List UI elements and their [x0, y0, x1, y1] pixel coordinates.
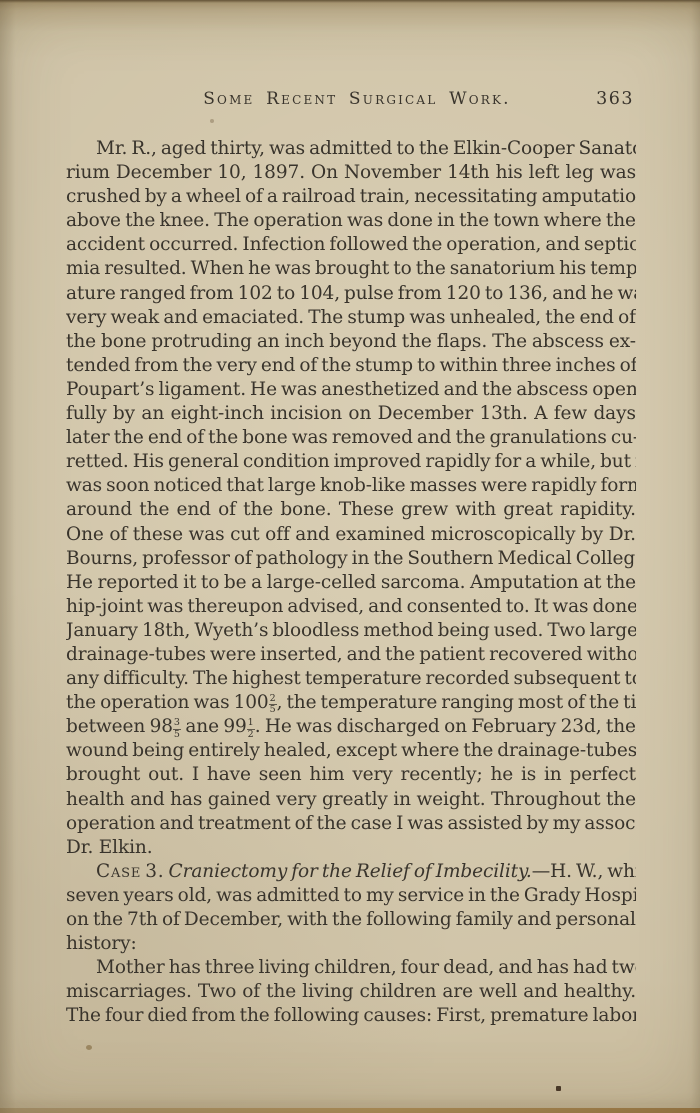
word: wheel [186, 185, 241, 209]
word: history: [66, 932, 137, 956]
text-line: riumDecember10,1897.OnNovember14thhislef… [66, 161, 636, 185]
word: January [66, 619, 138, 643]
word: the [182, 354, 212, 378]
text-line: abovetheknee.Theoperationwasdoneinthetow… [66, 209, 636, 233]
text-line: fullybyaneight-inchincisiononDecember13t… [66, 402, 636, 426]
word: followed [329, 233, 408, 257]
word: ature [66, 282, 116, 306]
word: and [545, 233, 580, 257]
word: he [490, 763, 513, 787]
word: large [268, 474, 316, 498]
text-line: Poupart’sligament.Hewasanesthetizedandth… [66, 378, 636, 402]
word: December [116, 161, 211, 185]
paragraph: Mr.R.,agedthirty,wasadmittedtotheElkin-C… [66, 137, 636, 860]
word: that [226, 474, 263, 498]
stacked-fraction: 12 [247, 718, 255, 739]
word: from [190, 282, 234, 306]
word: was [275, 257, 311, 281]
text-line: crushedbyawheelofarailroadtrain,necessit… [66, 185, 636, 209]
word: Throughout [491, 788, 600, 812]
word: was [193, 691, 229, 715]
word: The [214, 209, 249, 233]
word: Southern [407, 547, 493, 571]
word: 136, [507, 282, 548, 306]
word: wound [66, 739, 128, 763]
text-line: onthe7thofDecember,withthefollowingfamil… [66, 908, 636, 932]
word: has [537, 956, 569, 980]
word: a [171, 185, 182, 209]
word: where [401, 739, 459, 763]
word: 7th [127, 908, 158, 932]
word: of [295, 812, 313, 836]
word: the [490, 884, 520, 908]
word: the [385, 643, 415, 667]
text-line: tendedfromtheveryendofthestumptowithinth… [66, 354, 636, 378]
word: perfect [569, 763, 636, 787]
word: general [168, 450, 239, 474]
word: inches [556, 354, 616, 378]
text-line: miaresulted.Whenhewasbroughttothesanator… [66, 257, 636, 281]
word: He [265, 715, 292, 739]
word: to [277, 282, 295, 306]
paper-speck [556, 1086, 561, 1091]
paragraph: Motherhasthreelivingchildren,fourdead,an… [66, 956, 636, 1028]
word: an [141, 402, 164, 426]
word: was [66, 474, 102, 498]
word: above [66, 209, 121, 233]
word: recorded [426, 667, 510, 691]
word: Elkin-Cooper [453, 137, 575, 161]
word: December [378, 402, 473, 426]
word: inch [285, 330, 325, 354]
word: improved [334, 450, 422, 474]
word: end [148, 426, 182, 450]
stacked-fraction: 35 [173, 718, 181, 739]
word: weak [111, 306, 160, 330]
word: was [617, 282, 636, 306]
word: abscess [532, 330, 604, 354]
word: and [159, 812, 194, 836]
word: 1897. [253, 161, 305, 185]
word: these [133, 523, 183, 547]
word: consented [407, 595, 502, 619]
word: large [590, 619, 636, 643]
word: most [518, 691, 563, 715]
word: were [481, 474, 527, 498]
word: the [482, 378, 512, 402]
text-line: latertheendofthebonewasremovedandthegran… [66, 426, 636, 450]
text-line: accidentoccurred.Infectionfollowedtheope… [66, 233, 636, 257]
word: service [398, 884, 464, 908]
word: Two [547, 619, 585, 643]
word: end [261, 354, 295, 378]
word: 10025, [234, 691, 283, 715]
word: Dr. [609, 523, 636, 547]
word: was [407, 812, 443, 836]
word: within [440, 354, 498, 378]
text-line: broughtout.Ihaveseenhimveryrecently;heis… [66, 763, 636, 787]
photo-edge-right [691, 0, 700, 1113]
text-line: miscarriages.Twoofthelivingchildrenarewe… [66, 980, 636, 1004]
word: thereupon [187, 595, 283, 619]
running-head: Some Recent Surgical Work. [72, 88, 642, 110]
word: by [113, 402, 135, 426]
word: Case [96, 860, 141, 884]
word: 102 [238, 282, 273, 306]
word: Amputation [470, 571, 579, 595]
word: the [322, 860, 352, 884]
word: admitted [256, 884, 339, 908]
word: of [242, 980, 260, 1004]
paragraph: Case3.CraniectomyfortheReliefofImbecilit… [66, 860, 636, 956]
text-line: history: [66, 932, 636, 956]
word: cut [230, 523, 259, 547]
word: at [583, 571, 601, 595]
word: 120 [446, 282, 481, 306]
word: my [553, 812, 581, 836]
word: great [503, 498, 553, 522]
word: was [281, 378, 317, 402]
word: The [193, 667, 228, 691]
word: the [545, 306, 575, 330]
word: the [66, 330, 96, 354]
word: anesthetized [321, 378, 439, 402]
word: being [132, 739, 184, 763]
word: on [66, 908, 89, 932]
word: personal [556, 908, 636, 932]
word: noticed [153, 474, 222, 498]
word: Hospital [584, 884, 636, 908]
word: him [309, 763, 344, 787]
word: the [606, 571, 636, 595]
word: two [612, 956, 636, 980]
word: the [332, 908, 362, 932]
word: 23d, [561, 715, 602, 739]
word: to [201, 571, 219, 595]
word: a [251, 571, 262, 595]
text-line: sevenyearsold,wasadmittedtomyserviceinth… [66, 884, 636, 908]
word: done [592, 595, 636, 619]
word: ligament. [158, 378, 246, 402]
word: have [207, 763, 251, 787]
word: entirely [188, 739, 260, 763]
text-block: Mr.R.,agedthirty,wasadmittedtotheElkin-C… [66, 137, 636, 1028]
word: four [401, 956, 439, 980]
word: had [573, 956, 608, 980]
word: following [366, 908, 452, 932]
word: health [66, 788, 125, 812]
word: and [417, 426, 452, 450]
word: my [366, 884, 394, 908]
word: rapidly [531, 474, 596, 498]
page-content: Some Recent Surgical Work. 363 Mr.R.,age… [66, 88, 636, 1028]
word: discharged [337, 715, 440, 739]
word: One [66, 523, 104, 547]
word: bone [242, 426, 287, 450]
word: dead, [443, 956, 494, 980]
word: the [139, 498, 169, 522]
word: the [125, 209, 155, 233]
word: Relief [356, 860, 410, 884]
word: children [360, 980, 437, 1004]
word: end [177, 498, 211, 522]
word: weight. [416, 788, 485, 812]
page-header: Some Recent Surgical Work. 363 [66, 88, 636, 110]
word: in [352, 547, 370, 571]
word: between [66, 715, 145, 739]
text-line: aturerangedfrom102to104,pulsefrom120to13… [66, 282, 636, 306]
word: treatment [198, 812, 291, 836]
word: was [189, 523, 225, 547]
word: 14th [447, 161, 490, 185]
word: bloodless [272, 619, 359, 643]
word: Mr. [96, 137, 127, 161]
word: on [444, 715, 467, 739]
word: When [191, 257, 244, 281]
word: and [130, 788, 165, 812]
word: operation [253, 209, 342, 233]
word: removed [332, 426, 413, 450]
word: tended [66, 354, 130, 378]
paper-speck [86, 1045, 92, 1050]
word: drainage-tubes [66, 643, 206, 667]
word: railroad [282, 185, 356, 209]
word: forming [601, 474, 637, 498]
word: highest [232, 667, 301, 691]
word: ex- [609, 330, 636, 354]
word: College. [576, 547, 636, 571]
word: very [217, 354, 257, 378]
text-line: Motherhasthreelivingchildren,fourdead,an… [66, 956, 636, 980]
word: brought [315, 257, 389, 281]
text-line: Bourns,professorofpathologyintheSouthern… [66, 547, 636, 571]
word: end [579, 306, 613, 330]
word: in [437, 209, 455, 233]
word: difficulty. [103, 667, 189, 691]
word: for [291, 860, 318, 884]
word: of [162, 908, 180, 932]
word: temper- [590, 257, 636, 281]
word: ranged [120, 282, 186, 306]
word: accident [66, 233, 145, 257]
word: an [257, 330, 280, 354]
word: Two [198, 980, 236, 1004]
word: healed, [264, 739, 332, 763]
word: I [396, 812, 403, 836]
word: septice- [584, 233, 636, 257]
word: amputation [542, 185, 636, 209]
word: without [587, 643, 636, 667]
text-line: Dr.Elkin. [66, 836, 636, 860]
word: the [589, 691, 619, 715]
page-number: 363 [596, 88, 634, 110]
word: protruding [151, 330, 252, 354]
word: seen [259, 763, 302, 787]
word: mia [66, 257, 100, 281]
word: of [299, 354, 317, 378]
word: and [523, 980, 558, 1004]
word: Grady [524, 884, 580, 908]
word: was [409, 306, 445, 330]
word: bone [101, 330, 146, 354]
word: but [600, 450, 631, 474]
word: The [66, 1004, 101, 1028]
word: the [317, 812, 347, 836]
word: around [66, 498, 132, 522]
word: beyond [329, 330, 397, 354]
word: train, [360, 185, 410, 209]
word: 9912. [223, 715, 260, 739]
word: were [210, 643, 256, 667]
photo-edge-left [0, 0, 16, 1113]
word: except [336, 739, 397, 763]
word: died [147, 1004, 187, 1028]
word: the [266, 980, 296, 1004]
word: flaps. [437, 330, 487, 354]
word: temperature [321, 691, 438, 715]
word: from [398, 282, 442, 306]
photo-edge-top [0, 0, 700, 3]
word: the [606, 715, 636, 739]
text-line: retted.Hisgeneralconditionimprovedrapidl… [66, 450, 636, 474]
word: his [559, 257, 586, 281]
word: and [295, 523, 330, 547]
word: associate, [584, 812, 636, 836]
word: bone. [280, 498, 331, 522]
word: later [66, 426, 110, 450]
text-line: Case3.CraniectomyfortheReliefofImbecilit… [66, 860, 636, 884]
word: patient [419, 643, 485, 667]
word: was [216, 884, 252, 908]
word: few [554, 402, 587, 426]
word: and [517, 908, 552, 932]
word: recovered [489, 643, 582, 667]
word: eight-inch [171, 402, 264, 426]
word: from [192, 1004, 236, 1028]
word: of [618, 306, 636, 330]
word: three [205, 956, 255, 980]
word: large-celled [267, 571, 377, 595]
word: 10, [217, 161, 246, 185]
word: greatly [322, 788, 388, 812]
word: temperature [305, 667, 422, 691]
word: has [170, 788, 202, 812]
text-line: healthandhasgainedverygreatlyinweight.Th… [66, 788, 636, 812]
word: following [274, 1004, 360, 1028]
word: knee. [160, 209, 210, 233]
word: well [479, 980, 517, 1004]
word: Infection [242, 233, 325, 257]
word: where [544, 209, 602, 233]
word: of [186, 426, 204, 450]
word: assisted [447, 812, 522, 836]
text-line: between9835ane9912.HewasdischargedonFebr… [66, 715, 636, 739]
word: left [529, 161, 560, 185]
word: First, [436, 1004, 486, 1028]
book-page-scan: Some Recent Surgical Work. 363 Mr.R.,age… [0, 0, 700, 1113]
word: Craniectomy [169, 860, 288, 884]
word: crushed [66, 185, 141, 209]
word: Imbecility.—H. [436, 860, 572, 884]
word: on [348, 402, 371, 426]
word: any [66, 667, 99, 691]
word: old, [178, 884, 212, 908]
word: was [292, 426, 328, 450]
word: operation [66, 812, 155, 836]
word: in [468, 884, 486, 908]
word: Wyeth’s [194, 619, 268, 643]
word: very [352, 763, 392, 787]
text-line: Mr.R.,agedthirty,wasadmittedtotheElkin-C… [66, 137, 636, 161]
word: be [224, 571, 247, 595]
word: grew [401, 498, 448, 522]
word: 13th. [479, 402, 527, 426]
word: gained [208, 788, 271, 812]
word: The [492, 330, 527, 354]
word: seven [66, 884, 119, 908]
text-line: aroundtheendofthebone.Thesegrewwithgreat… [66, 498, 636, 522]
word: used. [494, 619, 544, 643]
word: the [321, 354, 351, 378]
word: the [459, 209, 489, 233]
word: A [534, 402, 547, 426]
word: Dr. [66, 836, 93, 860]
word: out. [148, 763, 184, 787]
word: November [344, 161, 441, 185]
word: living [259, 956, 310, 980]
word: very [276, 788, 316, 812]
word: of [218, 498, 236, 522]
word: while, [540, 450, 596, 474]
word: admitted [309, 137, 392, 161]
word: and [552, 282, 587, 306]
word: with [287, 908, 328, 932]
word: February [471, 715, 556, 739]
word: with [455, 498, 496, 522]
word: the [66, 691, 96, 715]
word: inserted, [260, 643, 342, 667]
word: masses [410, 474, 477, 498]
word: retted. [66, 450, 129, 474]
word: leg [565, 161, 593, 185]
word: His [133, 450, 164, 474]
text-line: Hereportedittobealarge-celledsarcoma.Amp… [66, 571, 636, 595]
word: the [114, 426, 144, 450]
word: the [416, 257, 446, 281]
word: a [267, 185, 278, 209]
word: W., [576, 860, 603, 884]
word: 3. [145, 860, 164, 884]
word: the [455, 426, 485, 450]
word: for [495, 450, 522, 474]
word: Poupart’s [66, 378, 154, 402]
word: he [591, 282, 614, 306]
word: four [105, 1004, 143, 1028]
text-line: hip-jointwasthereuponadvised,andconsente… [66, 595, 636, 619]
word: days [593, 402, 635, 426]
word: The [308, 306, 343, 330]
word: the [402, 330, 432, 354]
word: white, [607, 860, 636, 884]
word: sarcoma. [381, 571, 466, 595]
word: It [534, 595, 549, 619]
word: unhealed, [450, 306, 541, 330]
word: the [286, 691, 316, 715]
word: He [66, 571, 93, 595]
word: incision [270, 402, 342, 426]
word: professor [142, 547, 230, 571]
word: sanatorium [450, 257, 555, 281]
